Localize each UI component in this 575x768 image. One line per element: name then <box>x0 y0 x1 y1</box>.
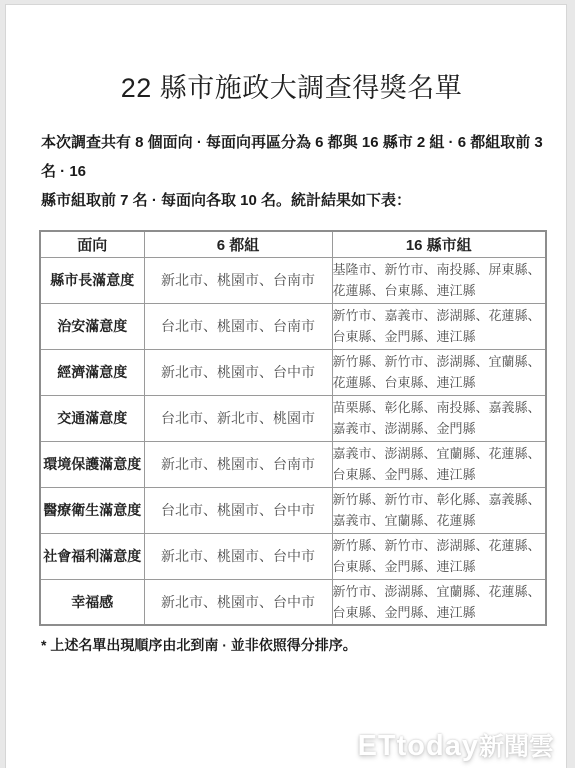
intro-text: 本次調查共有 8 個面向 · 每面向再區分為 6 都與 16 縣市 2 組 · … <box>41 128 544 215</box>
ettoday-watermark: ETtoday新聞雲 <box>358 727 554 763</box>
sixteen-county-cell: 新竹縣、新竹市、澎湖縣、花蓮縣、 台東縣、金門縣、連江縣 <box>332 533 546 579</box>
table-row: 醫療衛生滿意度 台北市、桃園市、台中市 新竹縣、新竹市、彰化縣、嘉義縣、 嘉義市… <box>40 487 546 533</box>
aspect-cell: 醫療衛生滿意度 <box>40 487 144 533</box>
sixteen-county-cell: 基隆市、新竹市、南投縣、屏東縣、 花蓮縣、台東縣、連江縣 <box>332 257 546 303</box>
document-page: 22 縣市施政大調查得獎名單 本次調查共有 8 個面向 · 每面向再區分為 6 … <box>5 4 567 768</box>
sixteen-county-cell: 新竹縣、新竹市、彰化縣、嘉義縣、 嘉義市、宜蘭縣、花蓮縣 <box>332 487 546 533</box>
page-title: 22 縣市施政大調查得獎名單 <box>39 69 544 107</box>
table-row: 經濟滿意度 新北市、桃園市、台中市 新竹縣、新竹市、澎湖縣、宜蘭縣、 花蓮縣、台… <box>40 349 546 395</box>
aspect-cell: 交通滿意度 <box>40 395 144 441</box>
sixteen-county-cell: 新竹市、澎湖縣、宜蘭縣、花蓮縣、 台東縣、金門縣、連江縣 <box>332 579 546 625</box>
ettoday-logo-cjk: 新聞雲 <box>479 733 554 761</box>
six-metro-cell: 新北市、桃園市、台南市 <box>144 441 332 487</box>
table-row: 縣市長滿意度 新北市、桃園市、台南市 基隆市、新竹市、南投縣、屏東縣、 花蓮縣、… <box>40 257 546 303</box>
sixteen-county-cell: 嘉義市、澎湖縣、宜蘭縣、花蓮縣、 台東縣、金門縣、連江縣 <box>332 441 546 487</box>
aspect-cell: 幸福感 <box>40 579 144 625</box>
six-metro-cell: 新北市、桃園市、台中市 <box>144 349 332 395</box>
table-header: 面向 6 都組 16 縣市組 <box>40 231 546 257</box>
header-sixteen-county: 16 縣市組 <box>332 231 546 257</box>
aspect-cell: 縣市長滿意度 <box>40 257 144 303</box>
sixteen-county-cell: 新竹縣、新竹市、澎湖縣、宜蘭縣、 花蓮縣、台東縣、連江縣 <box>332 349 546 395</box>
ettoday-logo-text: ETtoday <box>358 730 479 762</box>
table-row: 交通滿意度 台北市、新北市、桃園市 苗栗縣、彰化縣、南投縣、嘉義縣、 嘉義市、澎… <box>40 395 546 441</box>
aspect-cell: 環境保護滿意度 <box>40 441 144 487</box>
six-metro-cell: 台北市、新北市、桃園市 <box>144 395 332 441</box>
aspect-cell: 治安滿意度 <box>40 303 144 349</box>
six-metro-cell: 新北市、桃園市、台中市 <box>144 533 332 579</box>
aspect-cell: 經濟滿意度 <box>40 349 144 395</box>
table-row: 環境保護滿意度 新北市、桃園市、台南市 嘉義市、澎湖縣、宜蘭縣、花蓮縣、 台東縣… <box>40 441 546 487</box>
table-row: 社會福利滿意度 新北市、桃園市、台中市 新竹縣、新竹市、澎湖縣、花蓮縣、 台東縣… <box>40 533 546 579</box>
sixteen-county-cell: 苗栗縣、彰化縣、南投縣、嘉義縣、 嘉義市、澎湖縣、金門縣 <box>332 395 546 441</box>
results-table: 面向 6 都組 16 縣市組 縣市長滿意度 新北市、桃園市、台南市 基隆市、新竹… <box>39 230 547 626</box>
sixteen-county-cell: 新竹市、嘉義市、澎湖縣、花蓮縣、 台東縣、金門縣、連江縣 <box>332 303 546 349</box>
canvas-background: 22 縣市施政大調查得獎名單 本次調查共有 8 個面向 · 每面向再區分為 6 … <box>0 0 575 768</box>
table-row: 幸福感 新北市、桃園市、台中市 新竹市、澎湖縣、宜蘭縣、花蓮縣、 台東縣、金門縣… <box>40 579 546 625</box>
six-metro-cell: 台北市、桃園市、台南市 <box>144 303 332 349</box>
header-aspect: 面向 <box>40 231 144 257</box>
header-six-metro: 6 都組 <box>144 231 332 257</box>
table-row: 治安滿意度 台北市、桃園市、台南市 新竹市、嘉義市、澎湖縣、花蓮縣、 台東縣、金… <box>40 303 546 349</box>
footnote-text: * 上述名單出現順序由北到南 · 並非依照得分排序。 <box>41 635 544 655</box>
six-metro-cell: 新北市、桃園市、台中市 <box>144 579 332 625</box>
table-body: 縣市長滿意度 新北市、桃園市、台南市 基隆市、新竹市、南投縣、屏東縣、 花蓮縣、… <box>40 257 546 625</box>
header-row: 面向 6 都組 16 縣市組 <box>40 231 546 257</box>
six-metro-cell: 新北市、桃園市、台南市 <box>144 257 332 303</box>
six-metro-cell: 台北市、桃園市、台中市 <box>144 487 332 533</box>
aspect-cell: 社會福利滿意度 <box>40 533 144 579</box>
